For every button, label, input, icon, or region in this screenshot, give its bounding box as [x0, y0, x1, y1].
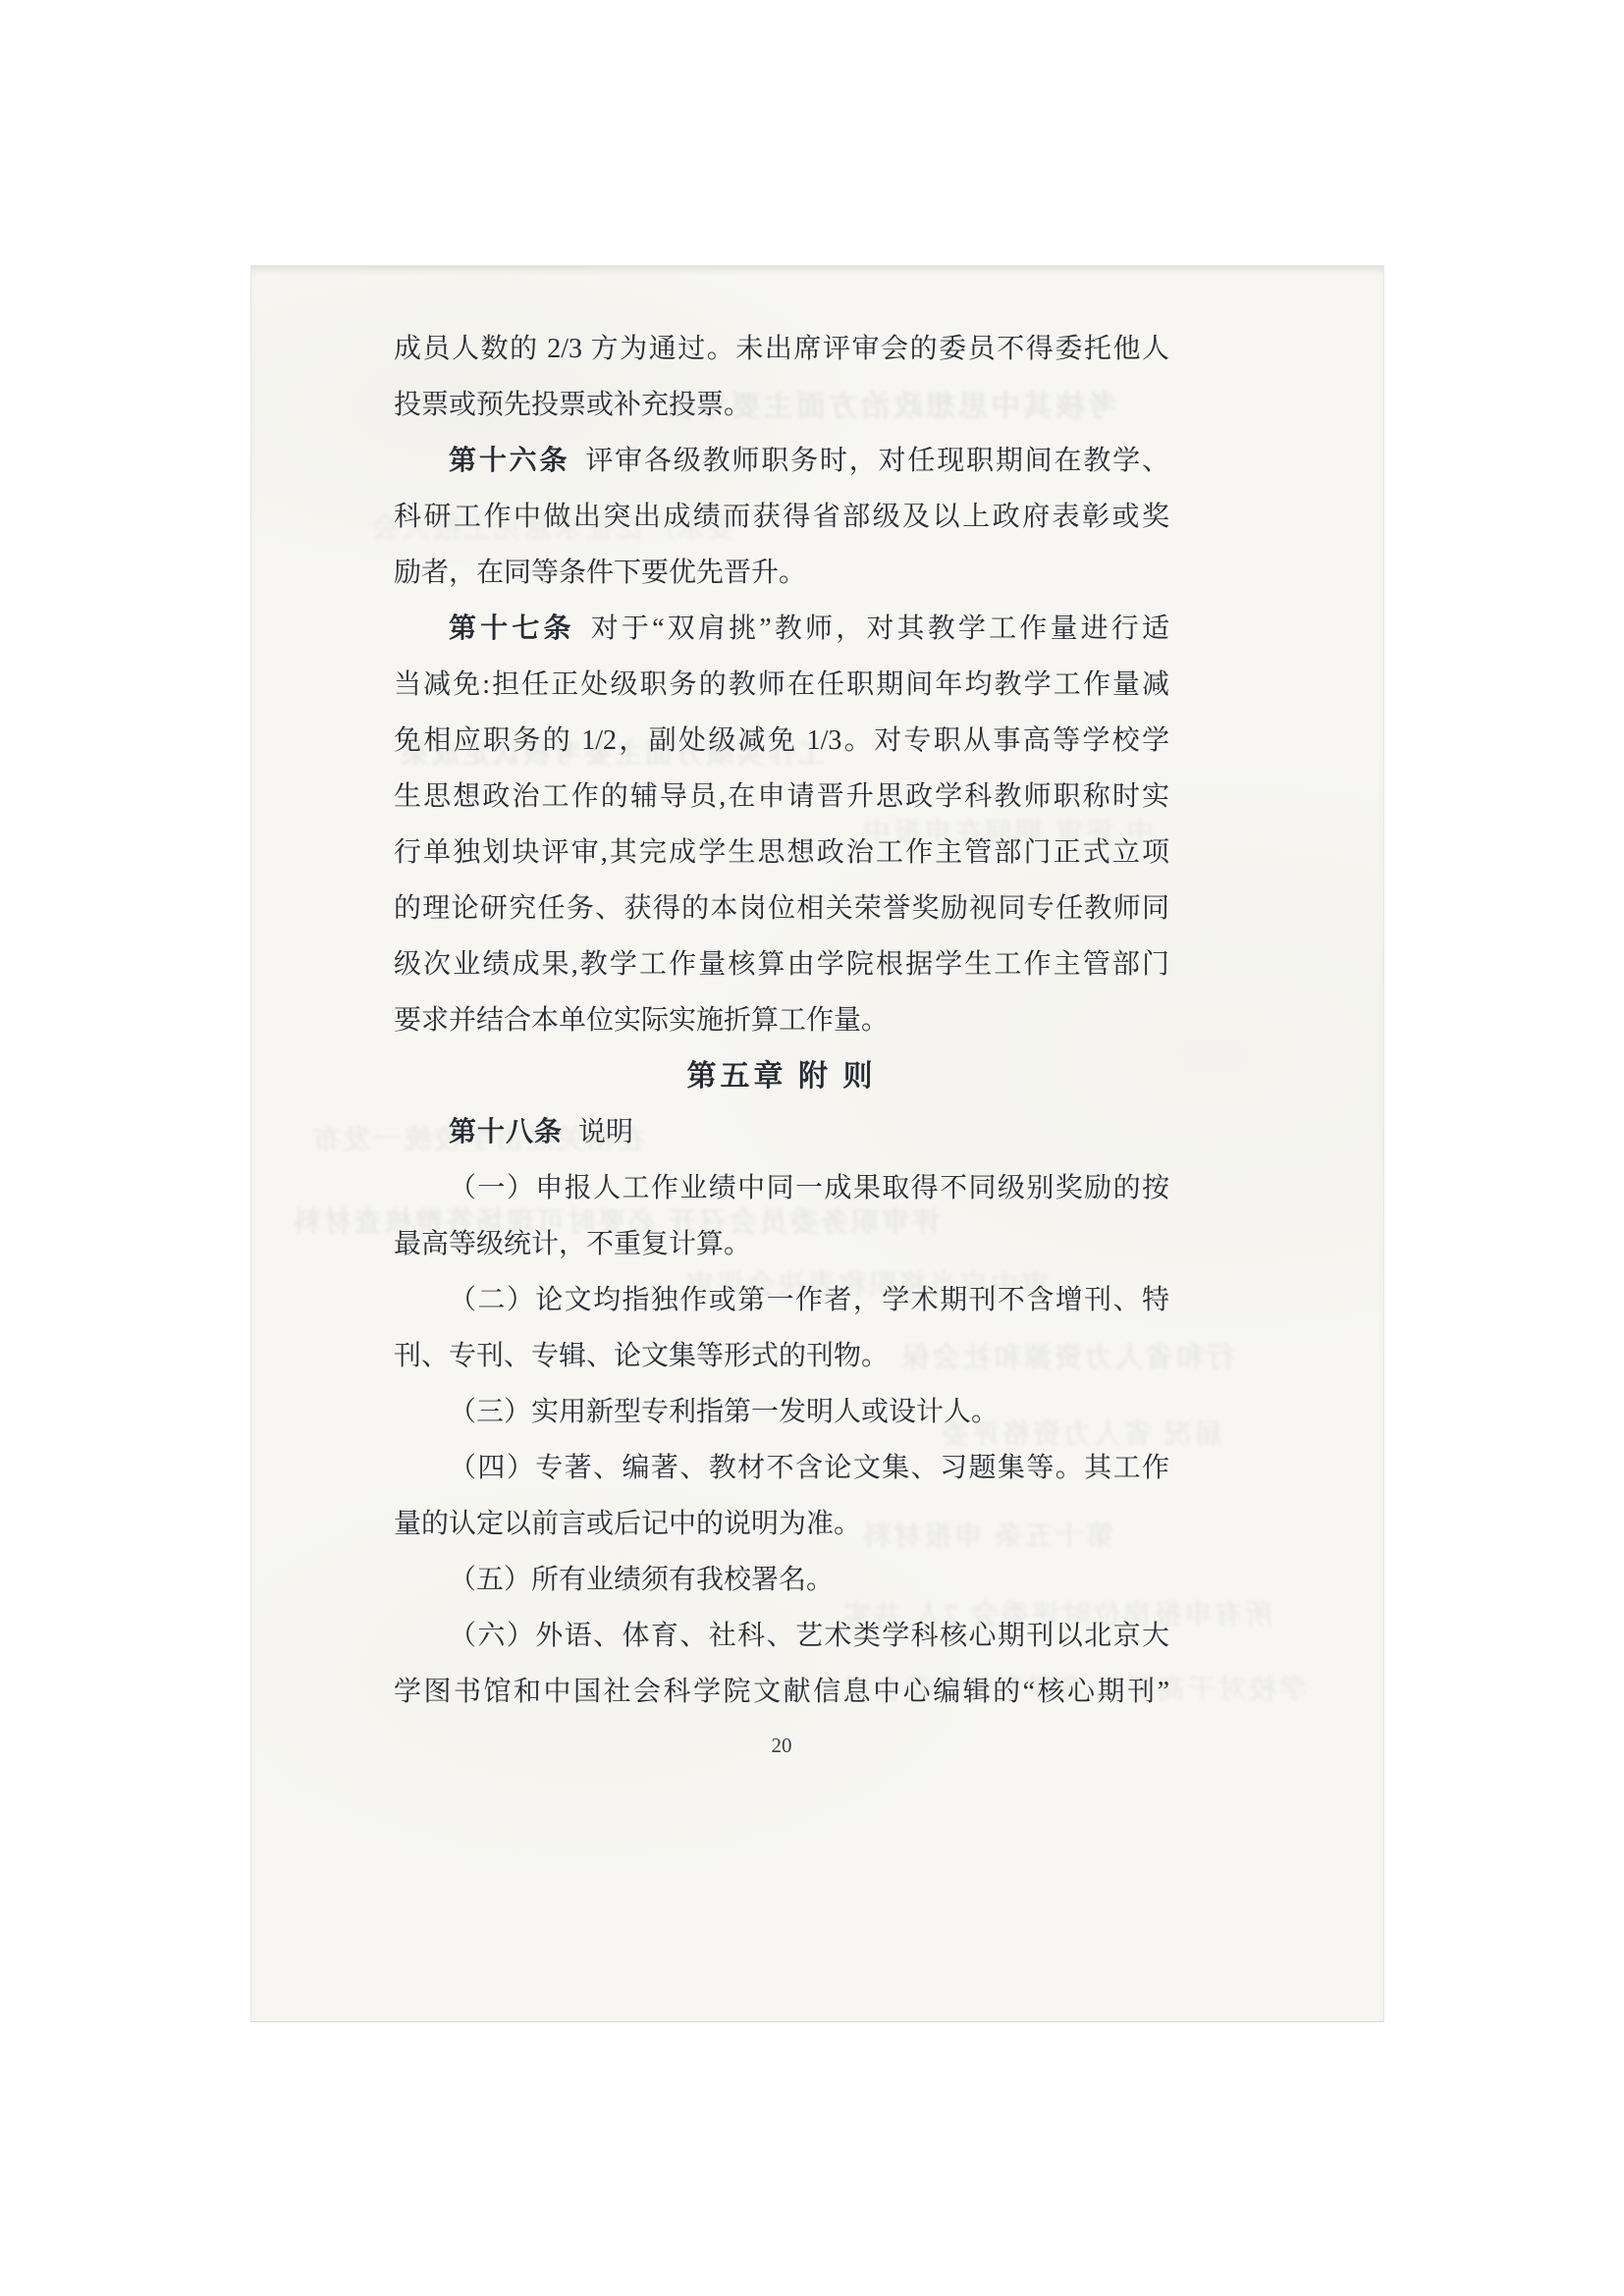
text-line: 励者，在同等条件下要优先晋升。: [394, 545, 1169, 601]
text-line: （五）所有业绩须有我校署名。: [394, 1552, 1169, 1608]
text-line: 科研工作中做出突出成绩而获得省部级及以上政府表彰或奖: [394, 489, 1169, 545]
text-line: 行单独划块评审,其完成学生思想政治工作主管部门正式立项: [394, 825, 1169, 881]
page-number: 20: [394, 1734, 1169, 1758]
text-line: 要求并结合本单位实际实施折算工作量。: [394, 992, 1169, 1048]
text-line: （四）专著、编著、教材不含论文集、习题集等。其工作: [394, 1440, 1169, 1496]
text-line: 第十八条说明: [394, 1104, 1169, 1160]
text-line: 投票或预先投票或补充投票。: [394, 377, 1169, 433]
article-number: 第十七条: [449, 614, 575, 644]
text-line: （二）论文均指独作或第一作者，学术期刊不含增刊、特: [394, 1272, 1169, 1328]
text-line: 量的认定以前言或后记中的说明为准。: [394, 1496, 1169, 1552]
text-line: 的理论研究任务、获得的本岗位相关荣誉奖励视同专任教师同: [394, 881, 1169, 936]
text-line: 生思想政治工作的辅导员,在申请晋升思政学科教师职称时实: [394, 769, 1169, 825]
article-number: 第十八条: [449, 1117, 563, 1148]
text-line: 刊、专刊、专辑、论文集等形式的刊物。: [394, 1328, 1169, 1384]
text-line: （三）实用新型专利指第一发明人或设计人。: [394, 1384, 1169, 1440]
text-line: 学图书馆和中国社会科学院文献信息中心编辑的“核心期刊”: [394, 1664, 1169, 1720]
text-line: 第十七条对于“双肩挑”教师，对其教学工作量进行适: [394, 601, 1169, 657]
document-text: 成员人数的 2/3 方为通过。未出席评审会的委员不得委托他人投票或预先投票或补充…: [394, 266, 1169, 1720]
text-line: （六）外语、体育、社科、艺术类学科核心期刊以北京大: [394, 1608, 1169, 1664]
chapter-heading: 第五章 附 则: [394, 1048, 1169, 1104]
text-line: 免相应职务的 1/2，副处级减免 1/3。对专职从事高等学校学: [394, 713, 1169, 769]
text-line: （一）申报人工作业绩中同一成果取得不同级别奖励的按: [394, 1160, 1169, 1216]
text-line: 当减免:担任正处级职务的教师在任职期间年均教学工作量减: [394, 657, 1169, 713]
article-number: 第十六条: [449, 446, 569, 476]
text-line: 成员人数的 2/3 方为通过。未出席评审会的委员不得委托他人: [394, 321, 1169, 377]
text-line: 级次业绩成果,教学工作量核算由学院根据学生工作主管部门: [394, 936, 1169, 992]
text-line: 最高等级统计，不重复计算。: [394, 1216, 1169, 1272]
scanned-document-screenshot: { "document": { "page_number": "20", "li…: [0, 0, 1624, 2296]
paper-sheet: 成员人数的 2/3 方为通过。未出席评审会的委员不得委托他人投票或预先投票或补充…: [250, 265, 1384, 2022]
text-line: 第十六条评审各级教师职务时，对任现职期间在教学、: [394, 433, 1169, 489]
